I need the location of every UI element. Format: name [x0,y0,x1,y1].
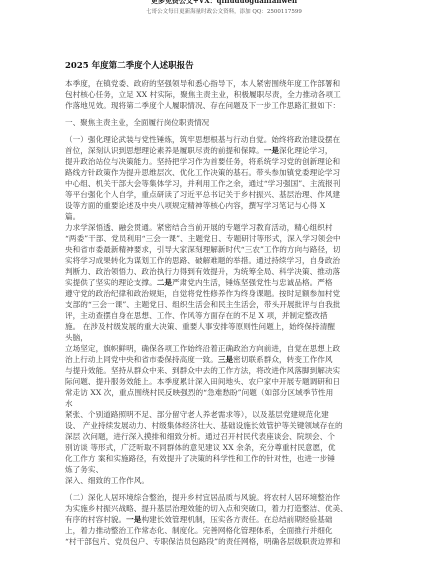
text-line: 央和省市委最新精神要求，引导大家深刻理解新时代“三农”工作的方向与路径，切 [65,244,387,255]
text-line: 上，着力推动整治工作常态化、制度化。完善网格化管理体系，全面推行并细化 [65,525,387,536]
text-line: 中心组、机关干部大会等集体学习，并利用工作之余，通过“学习强国”、主流报刊 [65,178,387,189]
text-line: 常走访 XX 次，重点围绕村民反映强烈的“急难愁盼”问题（如部分区域季节性用 [65,387,387,398]
text-line: 际问题、提升服务效能上。本季度累计深入田间地头、农户家中开展专题调研和日 [65,376,387,387]
text-line: “村干部包片、党员包户、专职保洁员包路段”的责任网格，明确各层级职责边界和 [65,536,387,547]
text-line: 遵守党的政治纪律和政治规矩，自觉将党性修养作为终身课题。按时足额参加村党 [65,288,387,299]
bold-marker: 三是 [218,355,233,364]
text-line: 化工作方 案和实施路径，有效提升了决策的科学性和工作的针对性，也进一步锤 [65,453,387,464]
text-line: 设、 产业持续发展动力、村级集体经济壮大、基础设施长效管护等关键领域存在的 [65,420,387,431]
text-line: 治上行动上同党中央和省市委保持高度一致。三是密切联系群众，转变工作作风 [65,354,387,365]
text-line: （二）深化人居环境综合整治，提升乡村宜居品质与风貌。将农村人居环境整治作 [65,492,387,503]
promo-header-line1: 更多免费公文+VX：qiliuduoguanfanwen [0,0,448,6]
text-line: 与提升效能。坚持从群众中来、到群众中去的工作方法，将改进作风落脚到解决实 [65,365,387,376]
text-line: 判断力、政治领悟力、政治执行力得到有效提升，为统筹全局、科学决策、推动落 [65,266,387,277]
document-page: 2025 年度第二季度个人述职报告 本季度，在镇党委、政府的坚强领导和悉心指导下… [65,61,387,547]
text-line: 包村核心任务，立足 XX 村实际，聚焦主责主业，积极履职尽责，全力推动各项工 [65,89,387,100]
text-line: 深层 次问题，进行深入摸排和细致分析。通过召开村民代表座谈会、院坝会、个 [65,431,387,442]
text-line: 设等方面的重要论述及中央八项规定精神等核心内容，撰写学习笔记与心得 X [65,200,387,211]
text-line: 评，主动查摆自身在思想、工作、作风等方面存在的不足 X 项，并制定整改措 [65,310,387,321]
intro-paragraph: 本季度，在镇党委、政府的坚强领导和悉心指导下，本人紧密围绕年度工作部署和 包村核… [65,78,387,111]
text-line: 为实施乡村振兴战略、提升基层治理效能的切入点和突破口，着力打造整洁、优美、 [65,503,387,514]
document-title: 2025 年度第二季度个人述职报告 [65,61,387,72]
bold-marker: 一是 [126,515,141,524]
text-line: 提升政治站位与决策能力。坚持把学习作为首要任务，将系统学习党的创新理论和 [65,156,387,167]
text-line: 深入、细致的工作作风。 [65,475,387,486]
text-line: 头脑， [65,332,387,343]
text-line: 施。 在涉及村级发展的重大决策、重要人事安排等原则性问题上，始终保持清醒 [65,321,387,332]
promo-header-line2: 七哥公文每日更新海量时政公文资料，添加 QQ：2500117599 [0,7,448,15]
text-line: 首位，深刻认识到思想理论素养是履职尽责的前提和保障。一是深化理论学习， [65,145,387,156]
text-line: 作落地见效。现将第二季度个人履职情况、存在问题及下一步工作思路汇报如下： [65,100,387,111]
text-line: 力求学深悟透、融会贯通。紧密结合当前开展的专题学习教育活动，精心组织村 [65,222,387,233]
subsection-1: （一）强化理论武装与党性锤炼，筑牢思想根基与行动自觉。始终将政治建设摆在 首位，… [65,134,387,486]
text-line: 水 [65,398,387,409]
text-line: 实提供了坚实的理论支撑。二是严肃党内生活，锤炼坚强党性与忠诚品格。严格 [65,277,387,288]
text-line: 等平台强化个人自学，重点研读了习近平总书记关于乡村振兴、基层治理、作风建 [65,189,387,200]
bold-marker: 二是 [157,278,172,287]
text-line: 炼了务实、 [65,464,387,475]
text-line: 实将学习成果转化为谋划工作的思路、破解难题的举措。通过持续学习，自身政治 [65,255,387,266]
text-line: 路线方针政策作为提升思维层次、优化工作决策的基石。带头参加镇党委理论学习 [65,167,387,178]
text-line: 别访谈 等形式，广泛听取不同群体的意见建议 XX 余条，充分尊重村民意愿，优 [65,442,387,453]
text-line: 本季度，在镇党委、政府的坚强领导和悉心指导下，本人紧密围绕年度工作部署和 [65,78,387,89]
text-line: 篇。 [65,211,387,222]
text-line: 立场坚定，旗帜鲜明，确保各项工作始终沿着正确政治方向前进，自觉在思想上政 [65,343,387,354]
section-heading: 一、聚焦主责主业，全面履行岗位职责情况 [65,117,387,128]
text-line: 支部的“三会一课”、主题党日、组织生活会和民主生活会，带头开展批评与自我批 [65,299,387,310]
text-line: 紧张、个别道路照明不足、部分留守老人养老需求等），以及基层党建规范化建 [65,409,387,420]
text-line: 有序的村容村貌。一是构建长效管理机制，压实各方责任。在总结前期经验基础 [65,514,387,525]
subsection-2: （二）深化人居环境综合整治，提升乡村宜居品质与风貌。将农村人居环境整治作 为实施… [65,492,387,547]
text-line: “两委”干部、党员利用“三会一课”、主题党日、专题研讨等形式，深入学习领会中 [65,233,387,244]
bold-marker: 一是 [264,146,279,155]
text-line: （一）强化理论武装与党性锤炼，筑牢思想根基与行动自觉。始终将政治建设摆在 [65,134,387,145]
